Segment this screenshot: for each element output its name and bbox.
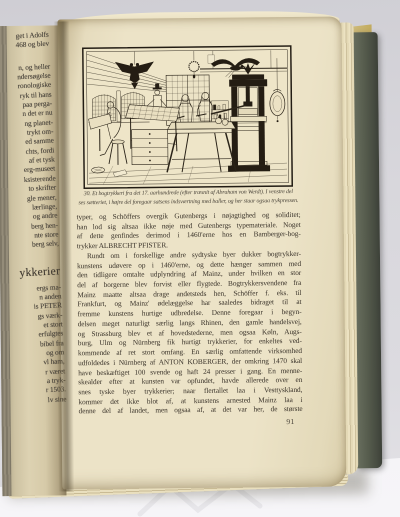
figure bbox=[82, 45, 293, 189]
paragraph-1: typer, og Schöffers overgik Gutenbergs i… bbox=[77, 210, 301, 251]
left-page-line-fragment: 468 og blev bbox=[0, 40, 49, 52]
left-page-line-fragment: berg selv, bbox=[3, 240, 59, 252]
woodcut-illustration bbox=[82, 45, 293, 189]
body-text: typer, og Schöffers overgik Gutenbergs i… bbox=[77, 210, 303, 416]
photo-background: get i Adolfs468 og blevn, og hellernders… bbox=[0, 0, 400, 517]
paragraph-2: Rundt om i forskellige andre sydtyske by… bbox=[77, 249, 303, 417]
left-page-line-fragment: ykkerier bbox=[4, 265, 61, 281]
figure-caption: 30. Et bogtrykkeri fra det 17. aarhundre… bbox=[69, 188, 307, 208]
book: get i Adolfs468 og blevn, og hellernders… bbox=[0, 0, 400, 517]
drawer-cabinet bbox=[132, 129, 168, 164]
